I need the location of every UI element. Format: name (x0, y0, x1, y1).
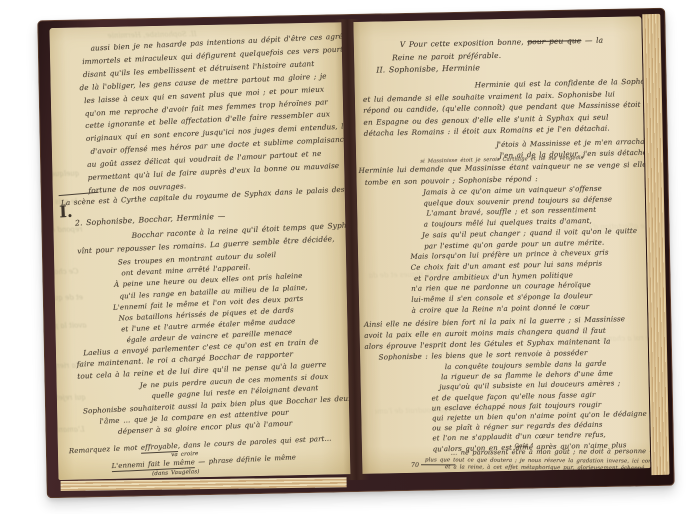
comment-text: V Pour cette exposition bonne, (400, 37, 528, 49)
reference-note: (dans Vaugelas) (152, 469, 200, 477)
verse-quotation: Ses troupes en montrant autour du soleil… (118, 248, 310, 347)
left-page-text: aussi bien je ne hasarde pas intentions … (49, 22, 350, 480)
verse-quotation: la conquête toujours semble dans la gard… (431, 358, 648, 454)
manuscript-book: II. Sophonisbe, Herminie quelque doux so… (37, 8, 674, 499)
summary-paragraph: Herminie qui est la confidente de la Sop… (363, 75, 651, 140)
right-page-text: V Pour cette exposition bonne, pour peu … (353, 16, 650, 474)
right-page: disant qu'ils les embellissent et détrui… (353, 16, 650, 474)
margin-remark: L'ennemi fait le même — phrase définie l… (111, 453, 296, 470)
scene-heading: II. Sophonisbe, Herminie (376, 63, 480, 74)
margin-remark: … ne paroissent être à mon goût ; ne doi… (451, 447, 651, 457)
summary-paragraph: Ainsi elle ne désire bien fort ni la pai… (364, 313, 626, 363)
verse-quotation: Jamais à ce qu'on aime un vainqueur s'of… (409, 183, 639, 316)
remark-text: , dans le cours de paroles qui est part… (178, 435, 332, 450)
remark-text: Remarquez le mot (69, 444, 141, 455)
preface-paragraph: aussi bien je ne hasarde pas intentions … (81, 29, 350, 197)
comment-text: — la (581, 36, 603, 45)
summary-paragraph: Sophonisbe souhaiteroit aussi la paix bi… (83, 393, 351, 440)
header-comment: V Pour cette exposition bonne, pour peu … (392, 34, 604, 65)
struck-words: pour peu que (527, 36, 581, 46)
photo-stage: II. Sophonisbe, Herminie quelque doux so… (0, 0, 700, 514)
left-page: II. Sophonisbe, Herminie quelque doux so… (49, 22, 350, 480)
margin-number: 70 (411, 462, 419, 469)
remark-text: — phrase définie le même (195, 453, 296, 466)
act-numeral: I. (59, 202, 73, 222)
